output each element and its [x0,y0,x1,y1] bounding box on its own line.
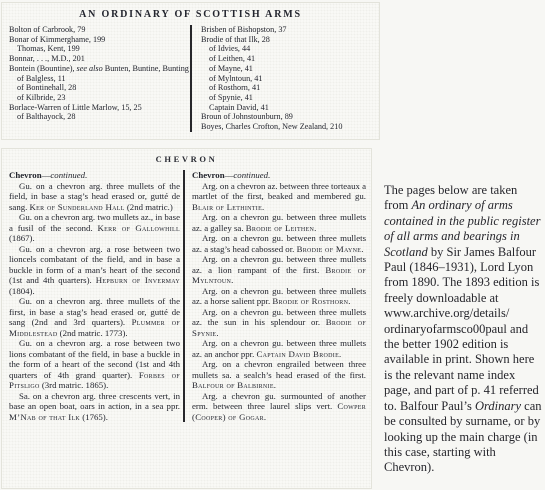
text-segment: Brodie of Leithen. [246,223,317,233]
blazon-paragraph: Arg. on a chevron gu. between three mull… [192,286,366,307]
text-segment: of Spynie, 41 [209,93,253,102]
text-segment: Boyes, Charles Crofton, New Zealand, 210 [201,122,342,131]
index-left-column: Bolton of Carbrook, 79Bonar of Kimmergha… [9,25,190,132]
text-segment: of Idvies, 44 [209,44,250,53]
text-segment: Captain David Brodie. [256,349,341,359]
index-entry: of Bontinehall, 28 [9,83,190,93]
index-entry: of Idvies, 44 [201,44,375,54]
index-entry: of Leithen, 41 [201,54,375,64]
text-segment: (1867). [9,233,35,243]
index-entry: Brodie of that Ilk, 28 [201,35,375,45]
text-segment: of Bontinehall, 28 [17,83,76,92]
text-segment: Broun of Johnstounburn, 89 [201,112,293,121]
blazon-paragraph: Arg. a chevron gu. surmounted of another… [192,391,366,423]
text-segment: see also [77,64,103,73]
index-right-column: Brisben of Bishopston, 37Brodie of that … [192,25,375,132]
index-entry: Borlace-Warren of Little Marlow, 15, 25 [9,103,190,113]
index-entry: Bolton of Carbrook, 79 [9,25,190,35]
text-segment: (1804). [9,286,35,296]
text-segment: Ker of Sunderland Hall [30,202,125,212]
chevron-page-scan: CHEVRON Chevron—continued. Gu. on a chev… [1,148,372,489]
blazon-paragraph: Gu. on a chevron arg. two mullets az., i… [9,212,180,244]
text-segment: Arg. on a chevron engrailed between thre… [192,359,366,380]
index-entry: of Mayne, 41 [201,64,375,74]
chevron-page-header: CHEVRON [2,149,371,164]
text-segment: Brodie of Mayne. [297,244,364,254]
index-page-scan: AN ORDINARY OF SCOTTISH ARMS Bolton of C… [1,2,380,140]
index-entry: Bontein (Bountine), see also Bunten, Bun… [9,64,190,74]
index-entry: of Mylntoun, 41 [201,74,375,84]
index-entry: Brisben of Bishopston, 37 [201,25,375,35]
text-segment: Hepburn of Invermay [96,275,180,285]
index-entry: of Rosthorn, 41 [201,83,375,93]
text-segment: Bunten, Buntine, Bunting [103,64,189,73]
text-segment: Bontein (Bountine), [9,64,77,73]
blazon-list: Gu. on a chevron arg. three mullets of t… [9,181,180,423]
text-segment: of Balgless, 11 [17,74,66,83]
index-entry: Bonar of Kimmerghame, 199 [9,35,190,45]
text-segment: (2nd matric. 1773). [57,328,127,338]
text-segment: Blair of Lethintie. [192,202,265,212]
text-segment: Kerr of Gallowhill [98,223,180,233]
blazon-list: Arg. on a chevron az. between three tort… [192,181,366,423]
chevron-left-column: Chevron—continued. Gu. on a chevron arg.… [9,170,183,422]
text-segment: Chevron [9,170,42,180]
chevron-columns: Chevron—continued. Gu. on a chevron arg.… [2,164,371,422]
index-entry: Captain David, 41 [201,103,375,113]
text-segment: Bonnar, . . ., M.D., 201 [9,54,85,63]
text-segment: Borlace-Warren of Little Marlow, 15, 25 [9,103,142,112]
text-segment: Balfour of Balbirnie. [192,380,276,390]
index-entry: Thomas, Kent, 199 [9,44,190,54]
text-segment: Brisben of Bishopston, 37 [201,25,287,34]
text-segment: (1765). [80,412,108,422]
blazon-paragraph: Gu. on a chevron arg. a rose between two… [9,338,180,391]
column-continued-heading: Chevron—continued. [9,170,180,181]
blazon-paragraph: Arg. on a chevron gu. between three mull… [192,233,366,254]
blazon-paragraph: Arg. on a chevron gu. between three mull… [192,212,366,233]
text-segment: Bolton of Carbrook, 79 [9,25,85,34]
index-entry: of Kilbride, 23 [9,93,190,103]
text-segment: of Leithen, 41 [209,54,255,63]
blazon-paragraph: Arg. on a chevron gu. between three mull… [192,307,366,339]
text-segment: Brodie of Rosthorn. [272,296,350,306]
text-segment: (2nd matric.) [125,202,173,212]
text-segment: Captain David, 41 [209,103,269,112]
blazon-paragraph: Gu. on a chevron arg. three mullets of t… [9,181,180,213]
index-page-title: AN ORDINARY OF SCOTTISH ARMS [2,3,379,20]
text-segment: www.archive.org/details/ [384,306,509,321]
text-segment: Brodie of that Ilk, 28 [201,35,270,44]
text-segment: Chevron [192,170,225,180]
blazon-paragraph: Sa. on a chevron arg. three crescents ve… [9,391,180,423]
text-segment: M’Nab of that Ilk [9,412,80,422]
text-segment: Arg. on a chevron az. between three tort… [192,181,366,202]
column-continued-heading: Chevron—continued. [192,170,366,181]
text-segment: of Mylntoun, 41 [209,74,262,83]
text-segment: of Kilbride, 23 [17,93,65,102]
index-entry: of Balgless, 11 [9,74,190,84]
blazon-paragraph: Arg. on a chevron az. between three tort… [192,181,366,213]
chevron-right-column: Chevron—continued. Arg. on a chevron az.… [185,170,366,422]
text-segment: Sa. on a chevron arg. three crescents ve… [9,391,180,412]
text-segment: of Mayne, 41 [209,64,253,73]
text-segment: ordinaryofarmsco00paul [384,322,507,337]
blazon-paragraph: Gu. on a chevron arg. a rose between two… [9,244,180,297]
blazon-paragraph: Arg. on a chevron gu. between three mull… [192,254,366,286]
index-entry: of Spynie, 41 [201,93,375,103]
index-entry: Bonnar, . . ., M.D., 201 [9,54,190,64]
text-segment: of Balthayock, 28 [17,112,75,121]
text-segment: Thomas, Kent, 199 [17,44,80,53]
index-entry: of Balthayock, 28 [9,112,190,122]
blazon-paragraph: Arg. on a chevron gu. between three mull… [192,338,366,359]
caption-block: The pages below are taken from An ordina… [384,183,544,476]
text-segment: continued. [233,170,270,180]
text-segment: Bonar of Kimmerghame, 199 [9,35,105,44]
blazon-paragraph: Gu. on a chevron arg. three mullets of t… [9,296,180,338]
index-entry: Broun of Johnstounburn, 89 [201,112,375,122]
index-columns: Bolton of Carbrook, 79Bonar of Kimmergha… [2,20,379,132]
text-segment: (3rd matric. 1865). [40,380,109,390]
text-segment: continued. [50,170,87,180]
text-segment: Ordinary [475,399,521,413]
caption-paragraph: The pages below are taken from An ordina… [384,183,544,476]
index-entry: Boyes, Charles Crofton, New Zealand, 210 [201,122,375,132]
text-segment: of Rosthorn, 41 [209,83,260,92]
blazon-paragraph: Arg. on a chevron engrailed between thre… [192,359,366,391]
